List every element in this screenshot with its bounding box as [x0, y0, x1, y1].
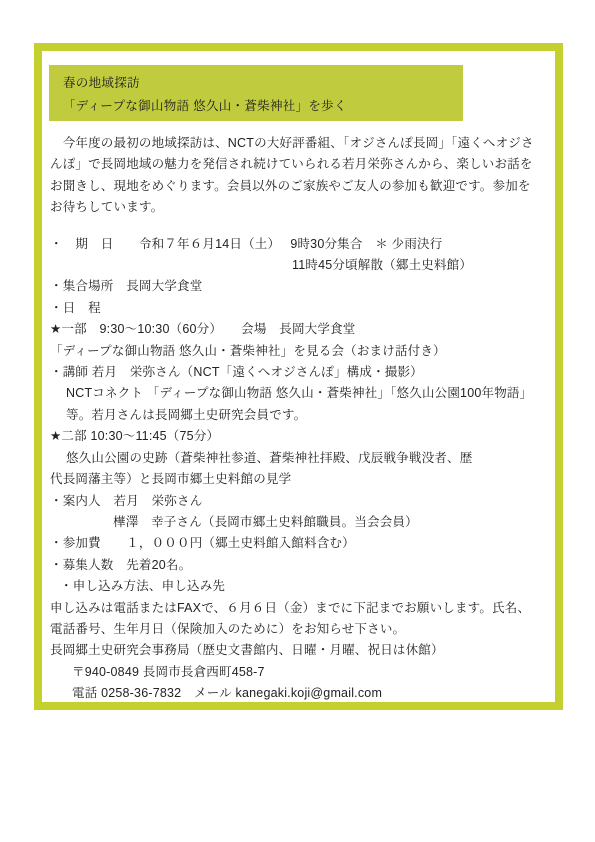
line-guide-2: 樺澤 幸子さん（長岡市郷土史料館職員。当会会員）: [50, 512, 549, 533]
event-title-banner: 春の地域探訪 「ディープな御山物語 悠久山・蒼柴神社」を歩く: [49, 65, 463, 121]
line-part1-desc: 「ディープな御山物語 悠久山・蒼柴神社」を見る会（おまけ話付き）: [50, 341, 549, 362]
line-part2-desc-2: 代長岡藩主等）と長岡市郷土史料館の見学: [50, 469, 549, 490]
line-nct-works-1: NCTコネクト 「ディープな御山物語 悠久山・蒼柴神社」「悠久山公園100年物語…: [50, 383, 549, 404]
line-office: 長岡郷土史研究会事務局（歴史文書館内、日曜・月曜、祝日は休館）: [50, 640, 549, 661]
line-date: ・ 期 日 令和７年６月14日（土） 9時30分集合 ＊ 少雨決行: [50, 234, 549, 255]
line-dissolution: 11時45分頃解散（郷土史料館）: [50, 255, 549, 276]
document-frame: 春の地域探訪 「ディープな御山物語 悠久山・蒼柴神社」を歩く 今年度の最初の地域…: [34, 43, 563, 710]
line-part2-desc-1: 悠久山公園の史跡（蒼柴神社参道、蒼柴神社拝殿、戊辰戦争戦没者、歴: [50, 448, 549, 469]
line-guide-1: ・案内人 若月 栄弥さん: [50, 491, 549, 512]
intro-line: お聞きし、現地をめぐります。会員以外のご家族やご友人の参加も歓迎です。参加を: [50, 176, 549, 197]
line-postal-address: 〒940-0849 長岡市長倉西町458-7: [50, 662, 549, 683]
line-apply-1: 申し込みは電話またはFAXで、６月６日（金）までに下記までお願いします。氏名、: [50, 598, 549, 619]
line-meeting-place: ・集合場所 長岡大学食堂: [50, 276, 549, 297]
line-fee: ・参加費 １，０００円（郷土史料館入館料含む）: [50, 533, 549, 554]
line-phone-email: 電話 0258-36-7832 メール kanegaki.koji@gmail.…: [50, 683, 549, 704]
line-capacity: ・募集人数 先着20名。: [50, 555, 549, 576]
line-apply-heading: ・申し込み方法、申し込み先: [50, 576, 549, 597]
line-lecturer: ・講師 若月 栄弥さん（NCT「遠くへオジさんぽ」構成・撮影）: [50, 362, 549, 383]
line-part1: ★一部 9:30～10:30（60分） 会場 長岡大学食堂: [50, 319, 549, 340]
event-details: ・ 期 日 令和７年６月14日（土） 9時30分集合 ＊ 少雨決行 11時45分…: [50, 234, 549, 705]
intro-line: 今年度の最初の地域探訪は、NCTの大好評番組、「オジさんぽ長岡」「遠くへオジさ: [50, 133, 549, 154]
line-part2: ★二部 10:30～11:45（75分）: [50, 426, 549, 447]
line-apply-2: 電話番号、生年月日（保険加入のために）をお知らせ下さい。: [50, 619, 549, 640]
event-main-title: 「ディープな御山物語 悠久山・蒼柴神社」を歩く: [63, 95, 463, 118]
event-series-title: 春の地域探訪: [63, 72, 463, 95]
intro-line: お待ちしています。: [50, 197, 549, 218]
intro-paragraph: 今年度の最初の地域探訪は、NCTの大好評番組、「オジさんぽ長岡」「遠くへオジさ …: [50, 133, 549, 219]
intro-line: んぽ」で長岡地域の魅力を発信され続けていられる若月栄弥さんから、楽しいお話を: [50, 154, 549, 175]
line-nct-works-2: 等。若月さんは長岡郷土史研究会員です。: [50, 405, 549, 426]
line-schedule-heading: ・日 程: [50, 298, 549, 319]
document-body: 今年度の最初の地域探訪は、NCTの大好評番組、「オジさんぽ長岡」「遠くへオジさ …: [50, 133, 549, 705]
